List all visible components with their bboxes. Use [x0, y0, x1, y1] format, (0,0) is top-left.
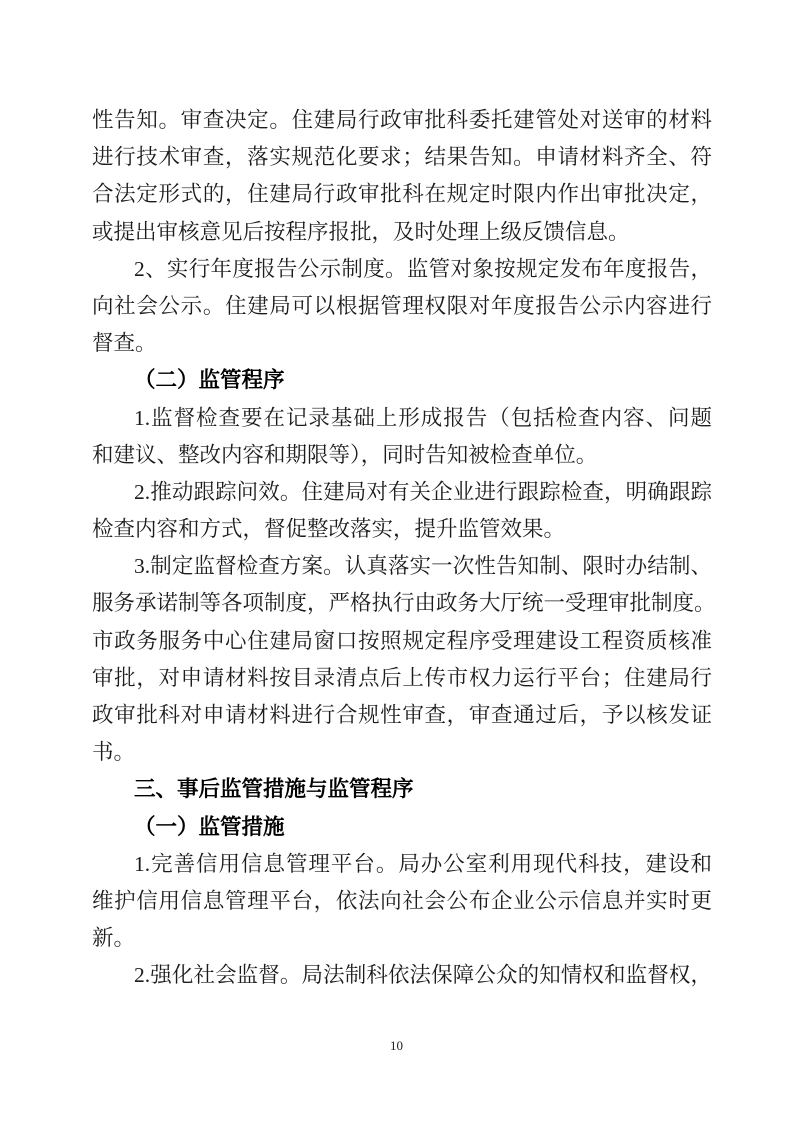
text-line: 性告知。审查决定。住建局行政审批科委托建管处对送审的材料	[92, 102, 712, 139]
text-line: 1.监督检查要在记录基础上形成报告（包括检查内容、问题	[92, 400, 712, 437]
text-line: 合法定形式的，住建局行政审批科在规定时限内作出审批决定，	[92, 176, 712, 213]
text-line: 市政务服务中心住建局窗口按照规定程序受理建设工程资质核准	[92, 623, 712, 660]
section-heading: （一）监管措施	[92, 809, 712, 846]
document-page: 性告知。审查决定。住建局行政审批科委托建管处对送审的材料 进行技术审查，落实规范…	[0, 0, 793, 1122]
text-line: 2.推动跟踪问效。住建局对有关企业进行跟踪检查，明确跟踪	[92, 474, 712, 511]
text-line: 和建议、整改内容和期限等），同时告知被检查单位。	[92, 437, 712, 474]
text-line: 政审批科对申请材料进行合规性审查，审查通过后，予以核发证	[92, 697, 712, 734]
text-line: 3.制定监督检查方案。认真落实一次性告知制、限时办结制、	[92, 548, 712, 585]
section-heading: （二）监管程序	[92, 362, 712, 399]
text-line: 进行技术审查，落实规范化要求；结果告知。申请材料齐全、符	[92, 139, 712, 176]
section-heading: 三、事后监管措施与监管程序	[92, 771, 712, 808]
text-line: 审批，对申请材料按目录清点后上传市权力运行平台；住建局行	[92, 660, 712, 697]
text-line: 书。	[92, 734, 712, 771]
text-line: 2、实行年度报告公示制度。监管对象按规定发布年度报告，	[92, 251, 712, 288]
text-line: 检查内容和方式，督促整改落实，提升监管效果。	[92, 511, 712, 548]
text-line: 服务承诺制等各项制度，严格执行由政务大厅统一受理审批制度。	[92, 585, 712, 622]
text-line: 2.强化社会监督。局法制科依法保障公众的知情权和监督权，	[92, 957, 712, 994]
document-body: 性告知。审查决定。住建局行政审批科委托建管处对送审的材料 进行技术审查，落实规范…	[92, 102, 712, 995]
text-line: 或提出审核意见后按程序报批，及时处理上级反馈信息。	[92, 214, 712, 251]
text-line: 维护信用信息管理平台，依法向社会公布企业公示信息并实时更	[92, 883, 712, 920]
text-line: 向社会公示。住建局可以根据管理权限对年度报告公示内容进行	[92, 288, 712, 325]
page-number: 10	[0, 1038, 793, 1054]
text-line: 新。	[92, 920, 712, 957]
text-line: 督查。	[92, 325, 712, 362]
text-line: 1.完善信用信息管理平台。局办公室利用现代科技，建设和	[92, 846, 712, 883]
